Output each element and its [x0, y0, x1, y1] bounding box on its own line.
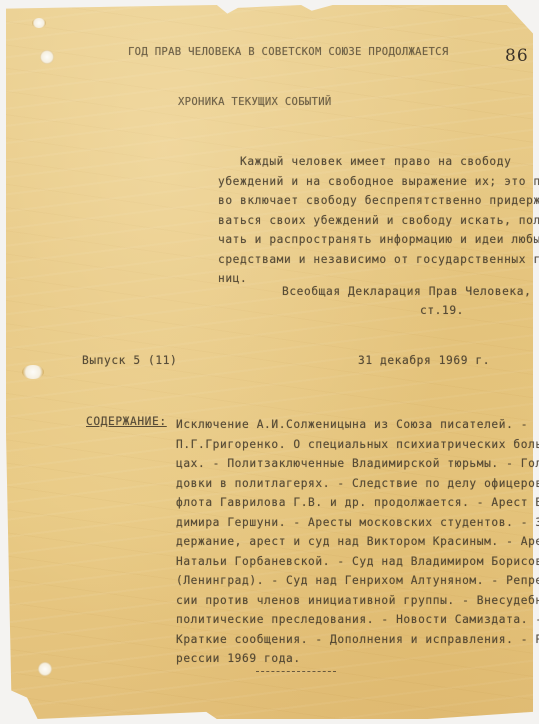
- punch-hole: [22, 365, 44, 379]
- contents-line: флота Гаврилова Г.В. и др. продолжается.…: [176, 493, 539, 513]
- running-header: ГОД ПРАВ ЧЕЛОВЕКА В СОВЕТСКОМ СОЮЗЕ ПРОД…: [128, 46, 449, 58]
- document-title: ХРОНИКА ТЕКУЩИХ СОБЫТИЙ: [178, 96, 332, 108]
- punch-hole: [32, 18, 46, 28]
- contents-line: сии против членов инициативной группы. -…: [176, 591, 539, 611]
- contents-line: Краткие сообщения. - Дополнения и исправ…: [176, 630, 539, 650]
- end-rule: [256, 671, 336, 672]
- contents-line: цах. - Политзаключенные Владимирской тюр…: [176, 454, 539, 474]
- epigraph-article: ст.19.: [420, 304, 464, 317]
- contents-line: Натальи Горбаневской. - Суд над Владимир…: [176, 552, 539, 572]
- contents-line: держание, арест и суд над Виктором Краси…: [176, 532, 539, 552]
- epigraph-attribution: Всеобщая Декларация Прав Человека,: [282, 285, 531, 298]
- epigraph-line: ниц.: [218, 269, 247, 289]
- contents-line: (Ленинград). - Суд над Генрихом Алтуняно…: [176, 571, 539, 591]
- page-number: 86: [505, 46, 529, 66]
- contents-line: довки в политлагерях. - Следствие по дел…: [176, 474, 539, 494]
- contents-line: Исключение А.И.Солженицына из Союза писа…: [176, 415, 528, 435]
- contents-label: СОДЕРЖАНИЕ:: [86, 415, 167, 428]
- epigraph-line: убеждений и на свободное выражение их; э…: [218, 172, 539, 192]
- punch-hole: [40, 50, 54, 64]
- epigraph-line: чать и распространять информацию и идеи …: [218, 230, 539, 250]
- contents-line: рессии 1969 года.: [176, 649, 301, 669]
- contents-line: димира Гершуни. - Аресты московских студ…: [176, 513, 539, 533]
- epigraph-line: Каждый человек имеет право на свободу: [218, 152, 511, 172]
- epigraph-line: средствами и независимо от государственн…: [218, 250, 539, 270]
- contents-line: политические преследования. - Новости Са…: [176, 610, 539, 630]
- punch-hole: [38, 662, 52, 676]
- contents-line: П.Г.Григоренко. О специальных психиатрич…: [176, 435, 539, 455]
- epigraph-line: ваться своих убеждений и свободу искать,…: [218, 211, 539, 231]
- epigraph-line: во включает свободу беспрепятственно при…: [218, 191, 539, 211]
- issue-number: Выпуск 5 (11): [82, 354, 177, 367]
- issue-date: 31 декабря 1969 г.: [358, 354, 490, 367]
